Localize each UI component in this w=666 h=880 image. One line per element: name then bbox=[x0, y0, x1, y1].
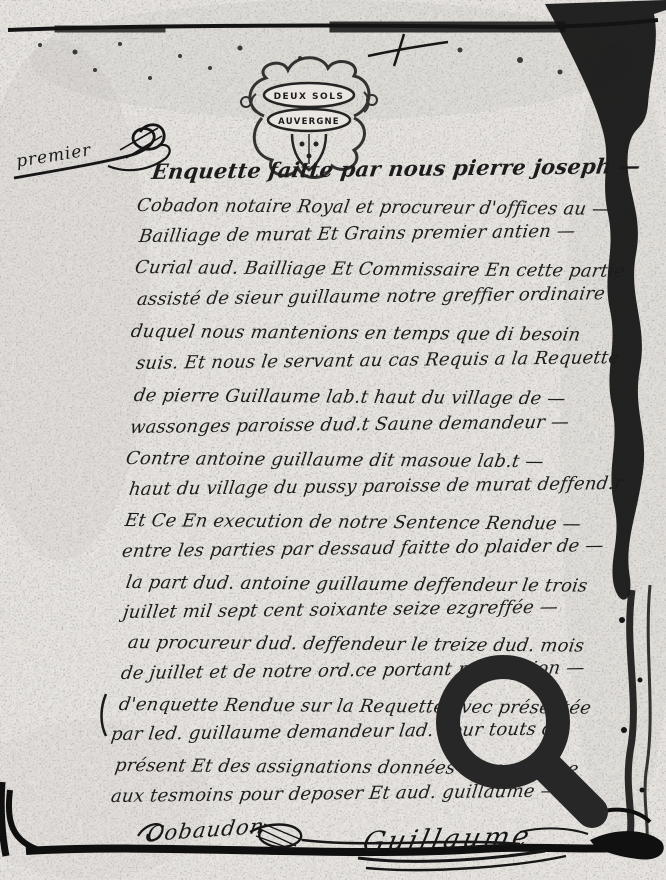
manuscript-line: Contre antoine guillaume dit masoue lab.… bbox=[125, 449, 546, 472]
manuscript-line: Enquette faitte par nous pierre joseph — bbox=[151, 154, 642, 183]
manuscript-line: duquel nous mantenions en temps que di b… bbox=[130, 322, 582, 345]
manuscript-line: la part dud. antoine guillaume deffendeu… bbox=[125, 573, 589, 596]
manuscript-line: Cobadon notaire Royal et procureur d'off… bbox=[136, 196, 612, 220]
manuscript-line: de pierre Guillaume lab.t haut du villag… bbox=[133, 386, 567, 409]
magnifier-zoom-icon[interactable] bbox=[420, 630, 620, 840]
scanned-document-page: DEUX SOLS AUVERGNE bbox=[0, 0, 666, 880]
manuscript-line: Et Ce En execution de notre Sentence Ren… bbox=[124, 511, 583, 534]
stamp-banner-bottom: AUVERGNE bbox=[278, 117, 340, 127]
stamp-banner-top: DEUX SOLS bbox=[274, 92, 345, 102]
manuscript-line: Curial aud. Bailliage Et Commissaire En … bbox=[134, 258, 627, 282]
